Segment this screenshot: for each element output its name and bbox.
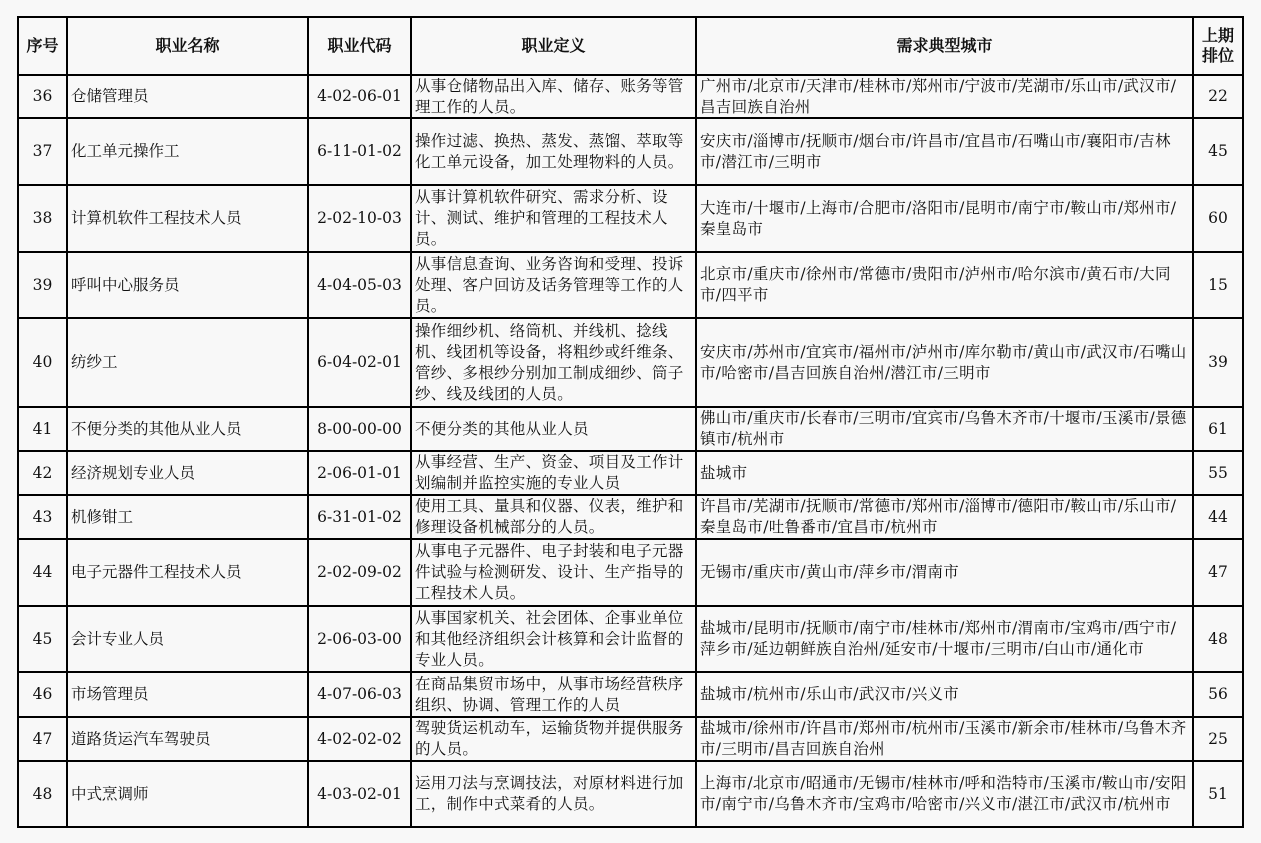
cell-index: 43 [18, 495, 67, 539]
header-name: 职业名称 [67, 17, 308, 75]
cell-last-rank-text: 61 [1197, 419, 1239, 440]
cell-definition-text: 在商品集贸市场中，从事市场经营秩序组织、协调、管理工作的人员 [415, 674, 692, 716]
cell-last-rank: 55 [1193, 451, 1243, 495]
cell-cities: 广州市/北京市/天津市/桂林市/郑州市/宁波市/芜湖市/乐山市/武汉市/昌吉回族… [696, 75, 1193, 118]
cell-cities: 许昌市/芜湖市/抚顺市/常德市/郑州市/淄博市/德阳市/鞍山市/乐山市/秦皇岛市… [696, 495, 1193, 539]
cell-cities-text: 盐城市/徐州市/许昌市/郑州市/杭州市/玉溪市/新余市/桂林市/乌鲁木齐市/三明… [700, 718, 1189, 760]
cell-index-text: 44 [22, 562, 63, 583]
header-code: 职业代码 [308, 17, 411, 75]
cell-cities-text: 北京市/重庆市/徐州市/常德市/贵阳市/泸州市/哈尔滨市/黄石市/大同市/四平市 [700, 264, 1189, 306]
cell-code-text: 6-04-02-01 [312, 352, 407, 373]
cell-index-text: 43 [22, 507, 63, 528]
cell-name: 道路货运汽车驾驶员 [67, 717, 308, 761]
cell-index: 46 [18, 672, 67, 717]
cell-index: 47 [18, 717, 67, 761]
cell-name-text: 机修钳工 [71, 507, 304, 528]
cell-cities: 安庆市/苏州市/宜宾市/福州市/泸州市/库尔勒市/黄山市/武汉市/石嘴山市/哈密… [696, 318, 1193, 407]
cell-name: 纺纱工 [67, 318, 308, 407]
cell-name: 会计专业人员 [67, 606, 308, 672]
cell-code: 6-31-01-02 [308, 495, 411, 539]
header-cities: 需求典型城市 [696, 17, 1193, 75]
cell-last-rank: 61 [1193, 407, 1243, 451]
cell-code-text: 6-11-01-02 [312, 141, 407, 162]
cell-definition: 在商品集贸市场中，从事市场经营秩序组织、协调、管理工作的人员 [411, 672, 696, 717]
cell-code: 4-07-06-03 [308, 672, 411, 717]
cell-name: 市场管理员 [67, 672, 308, 717]
cell-definition-text: 从事电子元器件、电子封装和电子元器件试验与检测研发、设计、生产指导的工程技术人员… [415, 541, 692, 604]
cell-definition-text: 操作过滤、换热、蒸发、蒸馏、萃取等化工单元设备，加工处理物料的人员。 [415, 131, 692, 173]
header-definition: 职业定义 [411, 17, 696, 75]
cell-definition: 操作细纱机、络筒机、并线机、捻线机、线团机等设备，将粗纱或纤维条、管纱、多根纱分… [411, 318, 696, 407]
cell-index: 40 [18, 318, 67, 407]
cell-last-rank-text: 15 [1197, 275, 1239, 296]
table-row: 38计算机软件工程技术人员2-02-10-03从事计算机软件研究、需求分析、设计… [18, 185, 1243, 252]
cell-cities-text: 盐城市/杭州市/乐山市/武汉市/兴义市 [700, 684, 1189, 705]
cell-code-text: 4-02-06-01 [312, 86, 407, 107]
cell-name-text: 计算机软件工程技术人员 [71, 208, 304, 229]
cell-name-text: 道路货运汽车驾驶员 [71, 729, 304, 750]
cell-name-text: 电子元器件工程技术人员 [71, 562, 304, 583]
cell-index-text: 47 [22, 729, 63, 750]
cell-name: 计算机软件工程技术人员 [67, 185, 308, 252]
cell-cities: 安庆市/淄博市/抚顺市/烟台市/许昌市/宜昌市/石嘴山市/襄阳市/吉林市/潜江市… [696, 118, 1193, 185]
cell-definition-text: 从事计算机软件研究、需求分析、设计、测试、维护和管理的工程技术人员。 [415, 187, 692, 250]
cell-name-text: 市场管理员 [71, 684, 304, 705]
cell-last-rank-text: 45 [1197, 141, 1239, 162]
cell-index-text: 48 [22, 784, 63, 805]
cell-index: 36 [18, 75, 67, 118]
cell-last-rank-text: 44 [1197, 507, 1239, 528]
cell-definition: 从事电子元器件、电子封装和电子元器件试验与检测研发、设计、生产指导的工程技术人员… [411, 539, 696, 606]
cell-code: 8-00-00-00 [308, 407, 411, 451]
cell-name-text: 化工单元操作工 [71, 141, 304, 162]
cell-code-text: 6-31-01-02 [312, 507, 407, 528]
cell-index: 38 [18, 185, 67, 252]
cell-last-rank: 45 [1193, 118, 1243, 185]
cell-cities-text: 安庆市/苏州市/宜宾市/福州市/泸州市/库尔勒市/黄山市/武汉市/石嘴山市/哈密… [700, 342, 1189, 384]
cell-last-rank: 60 [1193, 185, 1243, 252]
cell-name: 化工单元操作工 [67, 118, 308, 185]
cell-code-text: 4-07-06-03 [312, 684, 407, 705]
cell-cities-text: 安庆市/淄博市/抚顺市/烟台市/许昌市/宜昌市/石嘴山市/襄阳市/吉林市/潜江市… [700, 131, 1189, 173]
table-row: 41不便分类的其他从业人员8-00-00-00不便分类的其他从业人员佛山市/重庆… [18, 407, 1243, 451]
cell-index-text: 45 [22, 629, 63, 650]
cell-name-text: 纺纱工 [71, 352, 304, 373]
cell-last-rank: 56 [1193, 672, 1243, 717]
cell-definition: 运用刀法与烹调技法，对原材料进行加工，制作中式菜肴的人员。 [411, 761, 696, 827]
cell-last-rank: 15 [1193, 252, 1243, 318]
cell-cities: 盐城市 [696, 451, 1193, 495]
cell-definition: 驾驶货运机动车，运输货物并提供服务的人员。 [411, 717, 696, 761]
table-row: 48中式烹调师4-03-02-01运用刀法与烹调技法，对原材料进行加工，制作中式… [18, 761, 1243, 827]
cell-cities: 佛山市/重庆市/长春市/三明市/宜宾市/乌鲁木齐市/十堰市/玉溪市/景德镇市/杭… [696, 407, 1193, 451]
header-last-rank: 上期排位 [1193, 17, 1243, 75]
cell-definition-text: 不便分类的其他从业人员 [415, 419, 692, 440]
cell-index-text: 41 [22, 419, 63, 440]
cell-index: 45 [18, 606, 67, 672]
cell-definition-text: 从事信息查询、业务咨询和受理、投诉处理、客户回访及话务管理等工作的人员。 [415, 254, 692, 317]
cell-code: 2-02-09-02 [308, 539, 411, 606]
table-row: 44电子元器件工程技术人员2-02-09-02从事电子元器件、电子封装和电子元器… [18, 539, 1243, 606]
cell-last-rank: 47 [1193, 539, 1243, 606]
cell-code: 6-11-01-02 [308, 118, 411, 185]
cell-index: 39 [18, 252, 67, 318]
cell-definition: 从事计算机软件研究、需求分析、设计、测试、维护和管理的工程技术人员。 [411, 185, 696, 252]
cell-code: 2-06-01-01 [308, 451, 411, 495]
cell-definition: 操作过滤、换热、蒸发、蒸馏、萃取等化工单元设备，加工处理物料的人员。 [411, 118, 696, 185]
cell-definition-text: 从事经营、生产、资金、项目及工作计划编制并监控实施的专业人员 [415, 452, 692, 494]
cell-index: 44 [18, 539, 67, 606]
cell-cities-text: 无锡市/重庆市/黄山市/萍乡市/渭南市 [700, 562, 1189, 583]
cell-cities: 北京市/重庆市/徐州市/常德市/贵阳市/泸州市/哈尔滨市/黄石市/大同市/四平市 [696, 252, 1193, 318]
cell-cities-text: 广州市/北京市/天津市/桂林市/郑州市/宁波市/芜湖市/乐山市/武汉市/昌吉回族… [700, 76, 1189, 117]
cell-index: 37 [18, 118, 67, 185]
cell-code-text: 8-00-00-00 [312, 419, 407, 440]
cell-last-rank: 39 [1193, 318, 1243, 407]
cell-last-rank-text: 55 [1197, 463, 1239, 484]
cell-definition: 从事国家机关、社会团体、企事业单位和其他经济组织会计核算和会计监督的专业人员。 [411, 606, 696, 672]
cell-definition-text: 驾驶货运机动车，运输货物并提供服务的人员。 [415, 718, 692, 760]
table-row: 37化工单元操作工6-11-01-02操作过滤、换热、蒸发、蒸馏、萃取等化工单元… [18, 118, 1243, 185]
table-row: 45会计专业人员2-06-03-00从事国家机关、社会团体、企事业单位和其他经济… [18, 606, 1243, 672]
cell-last-rank-text: 22 [1197, 86, 1239, 107]
cell-name: 中式烹调师 [67, 761, 308, 827]
cell-index: 48 [18, 761, 67, 827]
cell-name: 经济规划专业人员 [67, 451, 308, 495]
cell-name-text: 经济规划专业人员 [71, 463, 304, 484]
cell-code: 4-02-06-01 [308, 75, 411, 118]
cell-code: 4-03-02-01 [308, 761, 411, 827]
cell-last-rank: 44 [1193, 495, 1243, 539]
cell-cities-text: 盐城市/昆明市/抚顺市/南宁市/桂林市/郑州市/渭南市/宝鸡市/西宁市/萍乡市/… [700, 618, 1189, 660]
cell-cities-text: 大连市/十堰市/上海市/合肥市/洛阳市/昆明市/南宁市/鞍山市/郑州市/秦皇岛市 [700, 198, 1189, 240]
header-index: 序号 [18, 17, 67, 75]
cell-cities: 盐城市/徐州市/许昌市/郑州市/杭州市/玉溪市/新余市/桂林市/乌鲁木齐市/三明… [696, 717, 1193, 761]
cell-code-text: 4-04-05-03 [312, 275, 407, 296]
cell-definition-text: 运用刀法与烹调技法，对原材料进行加工，制作中式菜肴的人员。 [415, 773, 692, 815]
cell-definition: 从事经营、生产、资金、项目及工作计划编制并监控实施的专业人员 [411, 451, 696, 495]
cell-code: 4-02-02-02 [308, 717, 411, 761]
cell-cities: 无锡市/重庆市/黄山市/萍乡市/渭南市 [696, 539, 1193, 606]
cell-index-text: 36 [22, 86, 63, 107]
cell-definition-text: 从事国家机关、社会团体、企事业单位和其他经济组织会计核算和会计监督的专业人员。 [415, 608, 692, 671]
cell-name-text: 呼叫中心服务员 [71, 275, 304, 296]
cell-code: 4-04-05-03 [308, 252, 411, 318]
cell-definition: 不便分类的其他从业人员 [411, 407, 696, 451]
cell-name-text: 不便分类的其他从业人员 [71, 419, 304, 440]
cell-name: 呼叫中心服务员 [67, 252, 308, 318]
cell-code: 2-06-03-00 [308, 606, 411, 672]
cell-code-text: 2-06-01-01 [312, 463, 407, 484]
cell-last-rank-text: 48 [1197, 629, 1239, 650]
cell-last-rank: 22 [1193, 75, 1243, 118]
cell-code: 2-02-10-03 [308, 185, 411, 252]
cell-last-rank: 51 [1193, 761, 1243, 827]
cell-cities-text: 上海市/北京市/昭通市/无锡市/桂林市/呼和浩特市/玉溪市/鞍山市/安阳市/南宁… [700, 773, 1189, 815]
table-row: 39呼叫中心服务员4-04-05-03从事信息查询、业务咨询和受理、投诉处理、客… [18, 252, 1243, 318]
table-row: 46市场管理员4-07-06-03在商品集贸市场中，从事市场经营秩序组织、协调、… [18, 672, 1243, 717]
cell-code-text: 2-02-09-02 [312, 562, 407, 583]
cell-cities: 盐城市/昆明市/抚顺市/南宁市/桂林市/郑州市/渭南市/宝鸡市/西宁市/萍乡市/… [696, 606, 1193, 672]
cell-last-rank-text: 56 [1197, 684, 1239, 705]
cell-definition-text: 从事仓储物品出入库、储存、账务等管理工作的人员。 [415, 76, 692, 117]
cell-definition: 使用工具、量具和仪器、仪表，维护和修理设备机械部分的人员。 [411, 495, 696, 539]
table-row: 40纺纱工6-04-02-01操作细纱机、络筒机、并线机、捻线机、线团机等设备，… [18, 318, 1243, 407]
cell-name-text: 仓储管理员 [71, 86, 304, 107]
cell-definition: 从事信息查询、业务咨询和受理、投诉处理、客户回访及话务管理等工作的人员。 [411, 252, 696, 318]
cell-index-text: 40 [22, 352, 63, 373]
cell-last-rank-text: 47 [1197, 562, 1239, 583]
cell-index: 42 [18, 451, 67, 495]
cell-last-rank: 48 [1193, 606, 1243, 672]
cell-name: 仓储管理员 [67, 75, 308, 118]
cell-last-rank-text: 39 [1197, 352, 1239, 373]
cell-name: 不便分类的其他从业人员 [67, 407, 308, 451]
cell-code-text: 4-02-02-02 [312, 729, 407, 750]
cell-definition: 从事仓储物品出入库、储存、账务等管理工作的人员。 [411, 75, 696, 118]
cell-code: 6-04-02-01 [308, 318, 411, 407]
cell-last-rank-text: 60 [1197, 208, 1239, 229]
cell-cities-text: 佛山市/重庆市/长春市/三明市/宜宾市/乌鲁木齐市/十堰市/玉溪市/景德镇市/杭… [700, 408, 1189, 450]
cell-cities: 上海市/北京市/昭通市/无锡市/桂林市/呼和浩特市/玉溪市/鞍山市/安阳市/南宁… [696, 761, 1193, 827]
cell-index-text: 38 [22, 208, 63, 229]
cell-name-text: 会计专业人员 [71, 629, 304, 650]
cell-name: 机修钳工 [67, 495, 308, 539]
cell-code-text: 2-06-03-00 [312, 629, 407, 650]
occupation-table: 序号 职业名称 职业代码 职业定义 需求典型城市 上期排位 36仓储管理员4-0… [17, 16, 1244, 828]
table-row: 47道路货运汽车驾驶员4-02-02-02驾驶货运机动车，运输货物并提供服务的人… [18, 717, 1243, 761]
cell-last-rank-text: 25 [1197, 729, 1239, 750]
table-row: 43机修钳工6-31-01-02使用工具、量具和仪器、仪表，维护和修理设备机械部… [18, 495, 1243, 539]
cell-index-text: 46 [22, 684, 63, 705]
cell-code-text: 2-02-10-03 [312, 208, 407, 229]
cell-index-text: 37 [22, 141, 63, 162]
table-row: 42经济规划专业人员2-06-01-01从事经营、生产、资金、项目及工作计划编制… [18, 451, 1243, 495]
cell-index: 41 [18, 407, 67, 451]
table-row: 36仓储管理员4-02-06-01从事仓储物品出入库、储存、账务等管理工作的人员… [18, 75, 1243, 118]
header-row: 序号 职业名称 职业代码 职业定义 需求典型城市 上期排位 [18, 17, 1243, 75]
cell-cities: 盐城市/杭州市/乐山市/武汉市/兴义市 [696, 672, 1193, 717]
cell-cities-text: 许昌市/芜湖市/抚顺市/常德市/郑州市/淄博市/德阳市/鞍山市/乐山市/秦皇岛市… [700, 496, 1189, 538]
cell-last-rank: 25 [1193, 717, 1243, 761]
cell-definition-text: 操作细纱机、络筒机、并线机、捻线机、线团机等设备，将粗纱或纤维条、管纱、多根纱分… [415, 321, 692, 405]
cell-index-text: 42 [22, 463, 63, 484]
cell-index-text: 39 [22, 275, 63, 296]
cell-code-text: 4-03-02-01 [312, 784, 407, 805]
cell-cities: 大连市/十堰市/上海市/合肥市/洛阳市/昆明市/南宁市/鞍山市/郑州市/秦皇岛市 [696, 185, 1193, 252]
cell-name: 电子元器件工程技术人员 [67, 539, 308, 606]
cell-name-text: 中式烹调师 [71, 784, 304, 805]
cell-cities-text: 盐城市 [700, 463, 1189, 484]
cell-last-rank-text: 51 [1197, 784, 1239, 805]
cell-definition-text: 使用工具、量具和仪器、仪表，维护和修理设备机械部分的人员。 [415, 496, 692, 538]
